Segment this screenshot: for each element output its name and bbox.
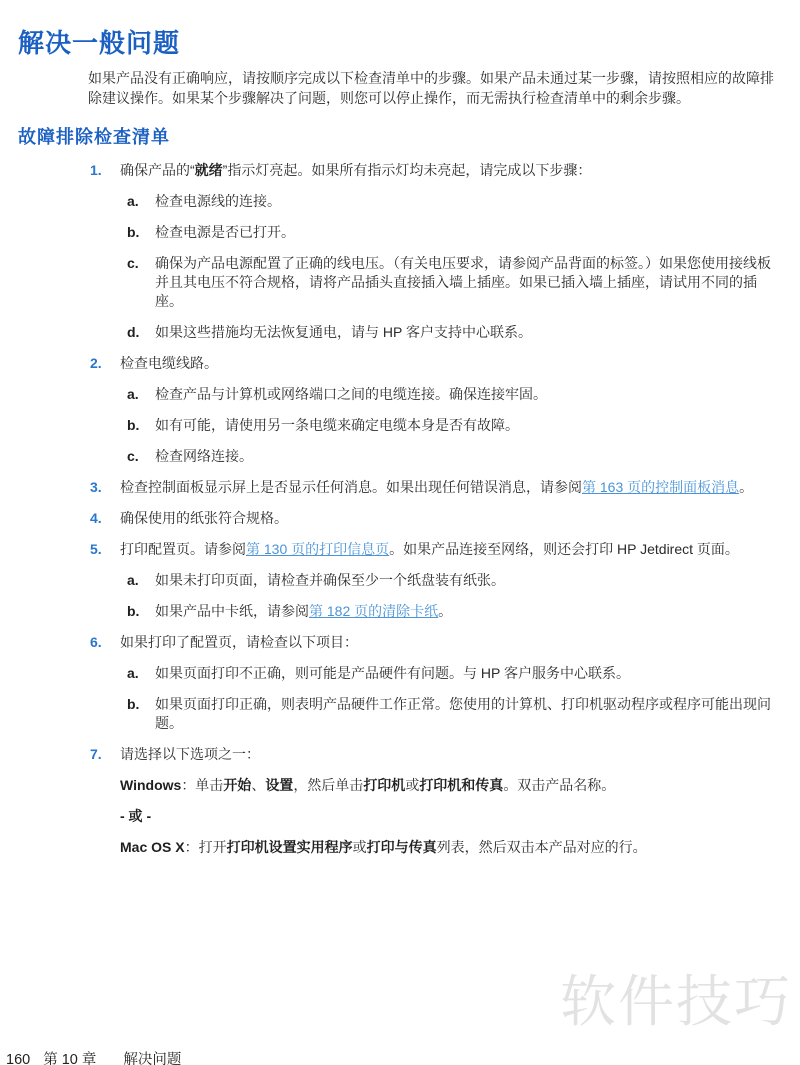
- item-extra-text: - 或 -: [120, 807, 775, 826]
- bold-term: Windows: [120, 777, 181, 793]
- bold-term: 设置: [265, 777, 293, 793]
- subitem-letter: b.: [127, 695, 155, 733]
- checklist-item: 2.检查电缆线路。a.检查产品与计算机或网络端口之间的电缆连接。确保连接牢固。b…: [90, 354, 775, 478]
- cross-reference-link[interactable]: 第 182 页的清除卡纸: [309, 603, 438, 619]
- section-heading: 故障排除检查清单: [18, 127, 775, 148]
- item-number: 4.: [90, 509, 120, 540]
- item-number: 5.: [90, 540, 120, 633]
- checklist-subitem: d.如果这些措施均无法恢复通电，请与 HP 客户支持中心联系。: [127, 323, 775, 342]
- bold-term: 打印与传真: [367, 839, 437, 855]
- subitem-text: 如果产品中卡纸，请参阅第 182 页的清除卡纸。: [155, 602, 775, 621]
- page-footer: 160 第 10 章 解决问题: [6, 1048, 181, 1065]
- subitem-text: 如果未打印页面，请检查并确保至少一个纸盘装有纸张。: [155, 571, 775, 590]
- watermark-text: 软件技巧: [560, 972, 792, 1032]
- manual-page: 解决一般问题 如果产品没有正确响应，请按顺序完成以下检查清单中的步骤。如果产品未…: [0, 0, 800, 1065]
- subitem-letter: c.: [127, 447, 155, 466]
- subitem-letter: d.: [127, 323, 155, 342]
- subitem-text: 确保为产品电源配置了正确的线电压。（有关电压要求，请参阅产品背面的标签。）如果您…: [155, 254, 775, 311]
- checklist-item: 1.确保产品的“就绪”指示灯亮起。如果所有指示灯均未亮起，请完成以下步骤：a.检…: [90, 161, 775, 354]
- item-extra-text: Mac OS X：打开打印机设置实用程序或打印与传真列表，然后双击本产品对应的行…: [120, 838, 775, 857]
- checklist-subitem: c.确保为产品电源配置了正确的线电压。（有关电压要求，请参阅产品背面的标签。）如…: [127, 254, 775, 311]
- item-text: 确保产品的“就绪”指示灯亮起。如果所有指示灯均未亮起，请完成以下步骤：: [120, 161, 775, 180]
- bold-term: Mac OS X: [120, 839, 185, 855]
- checklist-item: 6.如果打印了配置页，请检查以下项目：a.如果页面打印不正确，则可能是产品硬件有…: [90, 633, 775, 745]
- subitem-text: 如果这些措施均无法恢复通电，请与 HP 客户支持中心联系。: [155, 323, 775, 342]
- item-number: 7.: [90, 745, 120, 869]
- item-number: 3.: [90, 478, 120, 509]
- checklist-subitem: a.检查产品与计算机或网络端口之间的电缆连接。确保连接牢固。: [127, 385, 775, 404]
- intro-paragraph: 如果产品没有正确响应，请按顺序完成以下检查清单中的步骤。如果产品未通过某一步骤，…: [88, 69, 775, 108]
- cross-reference-link[interactable]: 第 163 页的控制面板消息: [582, 479, 739, 495]
- subitem-letter: a.: [127, 192, 155, 211]
- footer-chapter: 第 10 章: [43, 1048, 96, 1065]
- item-extra-text: Windows：单击开始、设置，然后单击打印机或打印机和传真。双击产品名称。: [120, 776, 775, 795]
- checklist-item: 3.检查控制面板显示屏上是否显示任何消息。如果出现任何错误消息，请参阅第 163…: [90, 478, 775, 509]
- subitem-text: 检查电源线的连接。: [155, 192, 775, 211]
- footer-chapter-title: 解决问题: [123, 1048, 181, 1065]
- subitem-letter: b.: [127, 602, 155, 621]
- item-number: 2.: [90, 354, 120, 478]
- subitem-text: 检查产品与计算机或网络端口之间的电缆连接。确保连接牢固。: [155, 385, 775, 404]
- bold-term: 打印机和传真: [419, 777, 503, 793]
- troubleshooting-checklist: 1.确保产品的“就绪”指示灯亮起。如果所有指示灯均未亮起，请完成以下步骤：a.检…: [90, 161, 775, 869]
- subitem-letter: a.: [127, 385, 155, 404]
- checklist-subitem: a.检查电源线的连接。: [127, 192, 775, 211]
- subitem-letter: b.: [127, 223, 155, 242]
- checklist-subitem: b.如果页面打印正确，则表明产品硬件工作正常。您使用的计算机、打印机驱动程序或程…: [127, 695, 775, 733]
- checklist-item: 7.请选择以下选项之一：Windows：单击开始、设置，然后单击打印机或打印机和…: [90, 745, 775, 869]
- bold-term: 开始: [223, 777, 251, 793]
- checklist-subitem: b.如有可能，请使用另一条电缆来确定电缆本身是否有故障。: [127, 416, 775, 435]
- subitem-text: 如果页面打印不正确，则可能是产品硬件有问题。与 HP 客户服务中心联系。: [155, 664, 775, 683]
- footer-page-number: 160: [6, 1052, 30, 1065]
- item-text: 打印配置页。请参阅第 130 页的打印信息页。如果产品连接至网络，则还会打印 H…: [120, 540, 775, 559]
- item-number: 1.: [90, 161, 120, 354]
- subitem-letter: a.: [127, 664, 155, 683]
- item-text: 请选择以下选项之一：: [120, 745, 775, 764]
- subitem-text: 检查电源是否已打开。: [155, 223, 775, 242]
- checklist-item: 4.确保使用的纸张符合规格。: [90, 509, 775, 540]
- subitem-text: 检查网络连接。: [155, 447, 775, 466]
- subitem-letter: c.: [127, 254, 155, 311]
- item-text: 检查控制面板显示屏上是否显示任何消息。如果出现任何错误消息，请参阅第 163 页…: [120, 478, 775, 497]
- checklist-subitem: a.如果未打印页面，请检查并确保至少一个纸盘装有纸张。: [127, 571, 775, 590]
- item-text: 检查电缆线路。: [120, 354, 775, 373]
- bold-term: - 或 -: [120, 808, 151, 824]
- page-title: 解决一般问题: [18, 28, 775, 58]
- checklist-subitem: a.如果页面打印不正确，则可能是产品硬件有问题。与 HP 客户服务中心联系。: [127, 664, 775, 683]
- item-number: 6.: [90, 633, 120, 745]
- subitem-text: 如有可能，请使用另一条电缆来确定电缆本身是否有故障。: [155, 416, 775, 435]
- subitem-letter: a.: [127, 571, 155, 590]
- subitem-text: 如果页面打印正确，则表明产品硬件工作正常。您使用的计算机、打印机驱动程序或程序可…: [155, 695, 775, 733]
- subitem-letter: b.: [127, 416, 155, 435]
- bold-term: 打印机设置实用程序: [227, 839, 353, 855]
- checklist-subitem: b.如果产品中卡纸，请参阅第 182 页的清除卡纸。: [127, 602, 775, 621]
- item-text: 确保使用的纸张符合规格。: [120, 509, 775, 528]
- checklist-subitem: c.检查网络连接。: [127, 447, 775, 466]
- checklist-subitem: b.检查电源是否已打开。: [127, 223, 775, 242]
- checklist-item: 5.打印配置页。请参阅第 130 页的打印信息页。如果产品连接至网络，则还会打印…: [90, 540, 775, 633]
- bold-term: 就绪: [195, 162, 223, 178]
- cross-reference-link[interactable]: 第 130 页的打印信息页: [246, 541, 389, 557]
- bold-term: 打印机: [363, 777, 405, 793]
- item-text: 如果打印了配置页，请检查以下项目：: [120, 633, 775, 652]
